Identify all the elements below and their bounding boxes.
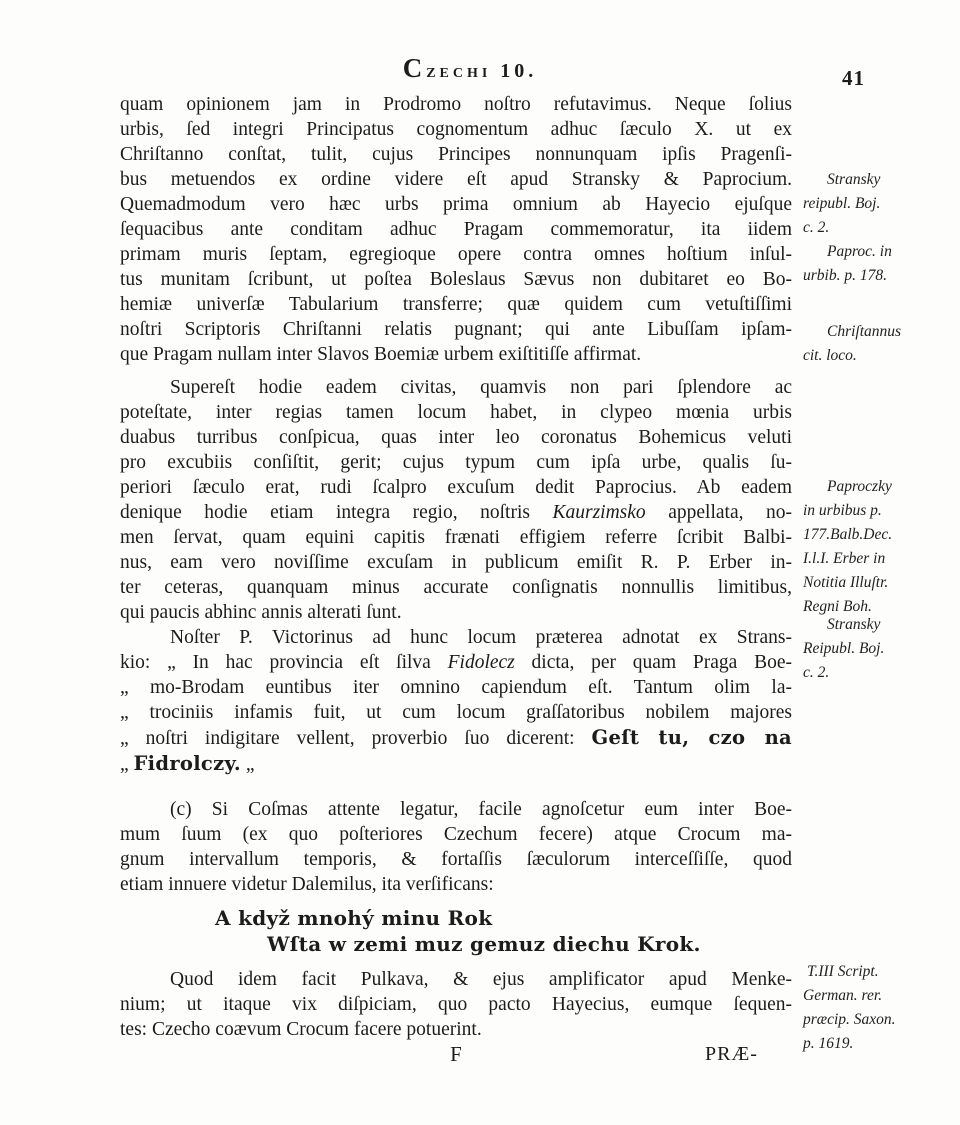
text-line: 177.Balb.Dec. (803, 523, 955, 547)
text-line: Quod idem facit Pulkava, & ejus amplific… (120, 967, 792, 992)
text-line: pro excubiis conſiſtit, gerit; cujus typ… (120, 450, 792, 475)
text-line: Stransky (803, 613, 955, 637)
text-line: Supereſt hodie eadem civitas, quamvis no… (120, 375, 792, 400)
text-line: primam muris ſeptam, egregioque opere co… (120, 242, 792, 267)
footnote-c: (c) Si Coſmas attente legatur, facile ag… (120, 797, 792, 897)
text-line: Stransky (803, 168, 955, 192)
book-page: Czechi 10. 41 quam opinionem jam in Prod… (0, 0, 960, 1125)
text-line: quam opinionem jam in Prodromo noſtro re… (120, 92, 792, 117)
margin-note-stransky-2: StranskyReipubl. Boj.c. 2. (803, 613, 955, 685)
text-line: hemiæ univerſæ Tabularium transferre; qu… (120, 292, 792, 317)
paragraph-quote-victorinus: Noſter P. Victorinus ad hunc locum præte… (120, 625, 792, 777)
text-line: que Pragam nullam inter Slavos Boemiæ ur… (120, 342, 792, 367)
text-line: Paproczky (803, 475, 955, 499)
text-line: præcip. Saxon. (803, 1008, 955, 1032)
text-line: „ noſtri indigitare vellent, proverbio ſ… (120, 725, 792, 751)
margin-note-christannus: Chriſtannuscit. loco. (803, 320, 955, 368)
text-line: Chriſtanno conſtat, tulit, cujus Princip… (120, 142, 792, 167)
main-text-column: quam opinionem jam in Prodromo noſtro re… (120, 92, 792, 1067)
text-line: gnum intervallum temporis, & fortaſſis ſ… (120, 847, 792, 872)
text-line: urbis, ſed integri Principatus cognoment… (120, 117, 792, 142)
page-number: 41 (842, 66, 865, 91)
text-line: in urbibus p. (803, 499, 955, 523)
text-line: I.l.I. Erber in (803, 547, 955, 571)
text-line: Reipubl. Boj. (803, 637, 955, 661)
catchword: PRÆ- (705, 1042, 758, 1067)
text-line: Chriſtannus (803, 320, 955, 344)
text-line: p. 1619. (803, 1032, 955, 1056)
text-line: cit. loco. (803, 344, 955, 368)
text-line: (c) Si Coſmas attente legatur, facile ag… (120, 797, 792, 822)
text-line: ter ceteras, quanquam minus accurate con… (120, 575, 792, 600)
text-line: ſequacibus ante conditam adhuc Pragam co… (120, 217, 792, 242)
text-line: „ Fidrolczy. „ (120, 751, 792, 777)
margin-note-stransky-1: Stranskyreipubl. Boj.c. 2. (803, 168, 955, 240)
text-line: Notitia Illuſtr. (803, 571, 955, 595)
running-header-title: Czechi 10. (0, 53, 940, 84)
paragraph-superest: Supereſt hodie eadem civitas, quamvis no… (120, 375, 792, 625)
text-line: urbib. p. 178. (803, 264, 955, 288)
text-line: A když mnohý minu Rok (215, 905, 792, 931)
margin-note-script-german: T.III Script.German. rer.præcip. Saxon.p… (803, 960, 955, 1056)
text-line: c. 2. (803, 216, 955, 240)
text-line: German. rer. (803, 984, 955, 1008)
text-line: c. 2. (803, 661, 955, 685)
text-line: denique hodie etiam integra regio, noſtr… (120, 500, 792, 525)
margin-note-paproczky: Paproczkyin urbibus p.177.Balb.Dec.I.l.I… (803, 475, 955, 619)
text-line: kio: „ In hac provincia eſt ſilva Fidole… (120, 650, 792, 675)
text-line: reipubl. Boj. (803, 192, 955, 216)
text-line: Quemadmodum vero hæc urbs prima omnium a… (120, 192, 792, 217)
text-line: „ trociniis infamis fuit, ut cum locum g… (120, 700, 792, 725)
paragraph-pulkava: Quod idem facit Pulkava, & ejus amplific… (120, 967, 792, 1042)
text-line: duabus turribus conſpicua, quas inter le… (120, 425, 792, 450)
text-line: tes: Czecho coævum Crocum facere potueri… (120, 1017, 792, 1042)
text-line: nium; ut itaque vix diſpiciam, quo pacto… (120, 992, 792, 1017)
text-line: „ mo-Brodam euntibus iter omnino capiend… (120, 675, 792, 700)
text-line: bus metuendos ex ordine videre eſt apud … (120, 167, 792, 192)
text-line: poteſtate, inter regias tamen locum habe… (120, 400, 792, 425)
text-line: Noſter P. Victorinus ad hunc locum præte… (120, 625, 792, 650)
text-line: mum ſuum (ex quo poſteriores Czechum fec… (120, 822, 792, 847)
margin-note-paproc: Paproc. inurbib. p. 178. (803, 240, 955, 288)
signature-mark: F (120, 1042, 792, 1067)
text-line: T.III Script. (803, 960, 955, 984)
text-line: Wſta w zemi muz gemuz diechu Krok. (215, 931, 792, 957)
signature-row: F PRÆ- (120, 1042, 792, 1067)
text-line: qui paucis abhinc annis alterati ſunt. (120, 600, 792, 625)
text-line: men ſervat, quam equini capitis frænati … (120, 525, 792, 550)
text-line: tus munitam ſcribunt, ut poſtea Boleslau… (120, 267, 792, 292)
text-line: noſtri Scriptoris Chriſtanni relatis pug… (120, 317, 792, 342)
verse-quotation: A když mnohý minu RokWſta w zemi muz gem… (215, 905, 792, 957)
text-line: periori ſæculo erat, rudi ſcalpro excuſu… (120, 475, 792, 500)
text-line: etiam innuere videtur Dalemilus, ita ver… (120, 872, 792, 897)
text-line: nus, eam vero noviſſime excuſam in publi… (120, 550, 792, 575)
paragraph-continuation: quam opinionem jam in Prodromo noſtro re… (120, 92, 792, 367)
text-line: Paproc. in (803, 240, 955, 264)
